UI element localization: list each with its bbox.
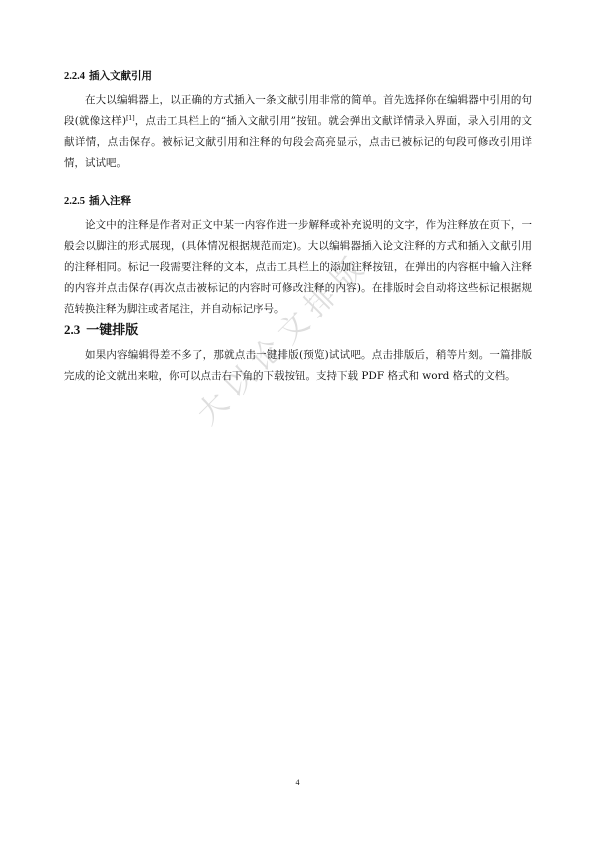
section-number: 2.2.5 [64, 196, 85, 207]
section-heading: 2.3一键排版 [64, 321, 532, 340]
section-title: 插入文献引用 [89, 70, 152, 82]
citation-mark: [1] [126, 115, 135, 122]
body-paragraph: 如果内容编辑得差不多了，那就点击一键排版(预览)试试吧。点击排版后，稍等片刻。一… [64, 345, 532, 387]
section-2-2-4: 2.2.4插入文献引用 在大以编辑器上，以正确的方式插入一条文献引用非常的简单。… [64, 68, 532, 174]
section-2-3: 2.3一键排版 如果内容编辑得差不多了，那就点击一键排版(预览)试试吧。点击排版… [64, 321, 532, 387]
paragraph-text: ，点击工具栏上的“插入文献引用”按钮。就会弹出文献详情录入界面，录入引用的文献详… [64, 115, 532, 169]
section-number: 2.3 [64, 322, 80, 337]
section-heading: 2.2.5插入注释 [64, 193, 532, 210]
page-number: 4 [0, 778, 595, 787]
section-number: 2.2.4 [64, 71, 85, 82]
section-heading: 2.2.4插入文献引用 [64, 68, 532, 85]
section-2-2-5: 2.2.5插入注释 论文中的注释是作者对正文中某一内容作进一步解释或补充说明的文… [64, 193, 532, 320]
document-page: 大以论文排版 2.2.4插入文献引用 在大以编辑器上，以正确的方式插入一条文献引… [0, 0, 595, 842]
section-title: 插入注释 [89, 195, 131, 207]
body-paragraph: 论文中的注释是作者对正文中某一内容作进一步解释或补充说明的文字，作为注释放在页下… [64, 215, 532, 320]
body-paragraph: 在大以编辑器上，以正确的方式插入一条文献引用非常的简单。首先选择你在编辑器中引用… [64, 90, 532, 174]
section-title: 一键排版 [86, 323, 138, 338]
